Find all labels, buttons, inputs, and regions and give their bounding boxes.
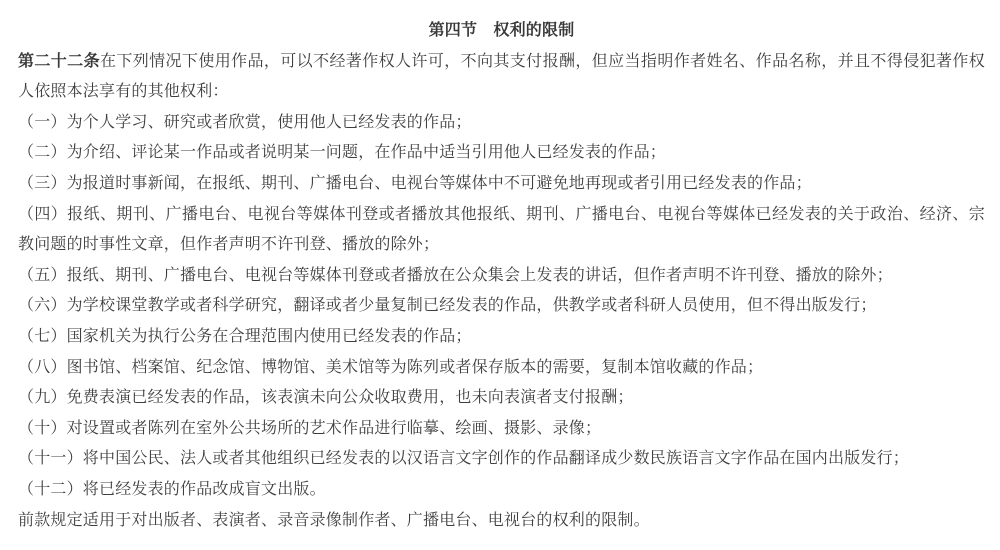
list-item: （八）图书馆、档案馆、纪念馆、博物馆、美术馆等为陈列或者保存版本的需要，复制本馆… — [18, 353, 985, 384]
article-intro-text: 在下列情况下使用作品，可以不经著作权人许可，不向其支付报酬，但应当指明作者姓名、… — [18, 53, 985, 101]
section-title: 第四节 权利的限制 — [18, 16, 985, 47]
list-item: （四）报纸、期刊、广播电台、电视台等媒体刊登或者播放其他报纸、期刊、广播电台、电… — [18, 200, 985, 261]
list-item: （九）免费表演已经发表的作品，该表演未向公众收取费用，也未向表演者支付报酬； — [18, 383, 985, 414]
list-item: （六）为学校课堂教学或者科学研究，翻译或者少量复制已经发表的作品，供教学或者科研… — [18, 291, 985, 322]
list-item: （五）报纸、期刊、广播电台、电视台等媒体刊登或者播放在公众集会上发表的讲话，但作… — [18, 261, 985, 292]
list-item: （十一）将中国公民、法人或者其他组织已经发表的以汉语言文字创作的作品翻译成少数民… — [18, 444, 985, 475]
list-item: （十）对设置或者陈列在室外公共场所的艺术作品进行临摹、绘画、摄影、录像； — [18, 414, 985, 445]
list-item: （三）为报道时事新闻，在报纸、期刊、广播电台、电视台等媒体中不可避免地再现或者引… — [18, 169, 985, 200]
law-document: 第四节 权利的限制 第二十二条在下列情况下使用作品，可以不经著作权人许可，不向其… — [0, 0, 1000, 550]
article-number-label: 第二十二条 — [18, 53, 100, 70]
closing-paragraph: 前款规定适用于对出版者、表演者、录音录像制作者、广播电台、电视台的权利的限制。 — [18, 506, 985, 537]
list-item: （十二）将已经发表的作品改成盲文出版。 — [18, 475, 985, 506]
list-item: （一）为个人学习、研究或者欣赏，使用他人已经发表的作品； — [18, 108, 985, 139]
article-intro-paragraph: 第二十二条在下列情况下使用作品，可以不经著作权人许可，不向其支付报酬，但应当指明… — [18, 47, 985, 108]
list-item: （二）为介绍、评论某一作品或者说明某一问题，在作品中适当引用他人已经发表的作品； — [18, 138, 985, 169]
list-item: （七）国家机关为执行公务在合理范围内使用已经发表的作品； — [18, 322, 985, 353]
